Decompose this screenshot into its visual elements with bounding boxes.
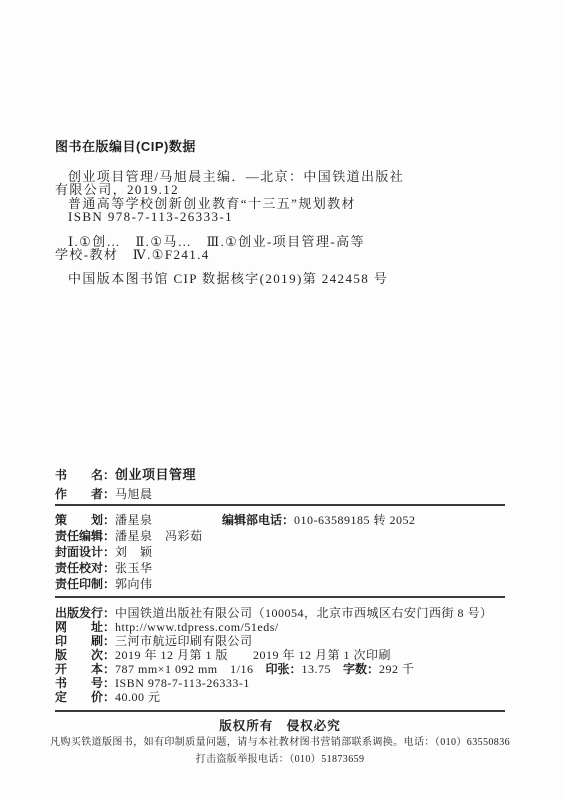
cip-line-5: Ⅰ.①创… Ⅱ.①马… Ⅲ.①创业-项目管理-高等 <box>55 235 505 249</box>
words-value: 292 千 <box>379 662 415 676</box>
cip-line-6: 学校-教材 Ⅳ.①F241.4 <box>55 248 505 262</box>
printer-label: 印 刷： <box>55 634 115 648</box>
book-title-label: 书 名： <box>55 468 115 482</box>
website-label: 网 址： <box>55 620 115 634</box>
cip-line-2: 有限公司，2019.12 <box>55 183 505 197</box>
format-size-value: 787 mm×1 092 mm 1/16 <box>115 662 253 676</box>
cip-heading: 图书在版编目(CIP)数据 <box>55 140 505 154</box>
cip-line-7: 中国版本图书馆 CIP 数据核字(2019)第 242458 号 <box>55 272 505 286</box>
printer-row: 印 刷：三河市航远印刷有限公司 <box>55 634 525 648</box>
book-title-value: 创业项目管理 <box>115 467 196 482</box>
anti-piracy-hotline: 打击盗版举报电话：（010）51873659 <box>55 750 505 765</box>
staff-label: 策 划： <box>55 513 115 527</box>
words-label: 字数： <box>343 662 379 676</box>
isbn-row: 书 号：ISBN 978-7-113-26333-1 <box>55 676 525 690</box>
publisher-value: 中国铁道出版社有限公司（100054，北京市西城区右安门西街 8 号） <box>115 606 493 620</box>
staff-value: 潘星泉 冯彩茹 <box>115 529 203 543</box>
edition-label: 版 次： <box>55 648 115 662</box>
divider-rule <box>55 504 505 506</box>
website-value: http://www.tdpress.com/51eds/ <box>115 620 279 634</box>
staff-row-print-supervisor: 责任印制：郭向伟 <box>55 576 505 592</box>
quality-exchange-notice: 凡购买铁道版图书，如有印制质量问题，请与本社教材图书营销部联系调换。电话：（01… <box>28 733 532 748</box>
divider-rule <box>55 710 505 712</box>
sheets-value: 13.75 <box>301 662 331 676</box>
staff-value: 张玉华 <box>115 561 153 575</box>
book-author-row: 作 者：马旭晨 <box>55 485 196 504</box>
staff-block: 策 划：潘星泉 编辑部电话：010-63589185 转 2052 责任编辑：潘… <box>55 512 505 592</box>
editorial-phone-value: 010-63589185 转 2052 <box>294 513 416 527</box>
publication-block: 出版发行：中国铁道出版社有限公司（100054，北京市西城区右安门西街 8 号）… <box>55 606 525 704</box>
sheets-label: 印张： <box>265 662 301 676</box>
staff-label: 责任编辑： <box>55 529 115 543</box>
staff-label: 封面设计： <box>55 545 115 559</box>
copyright-notice: 版权所有 侵权必究 <box>55 716 505 734</box>
book-author-label: 作 者： <box>55 487 115 501</box>
isbn-label: 书 号： <box>55 676 115 690</box>
staff-row-editor: 责任编辑：潘星泉 冯彩茹 <box>55 528 505 544</box>
price-label: 定 价： <box>55 690 115 704</box>
printer-value: 三河市航远印刷有限公司 <box>115 634 253 648</box>
divider-rule <box>55 596 505 598</box>
staff-value: 郭向伟 <box>115 577 153 591</box>
staff-value: 刘 颖 <box>115 545 153 559</box>
edition-row: 版 次：2019 年 12 月第 1 版 2019 年 12 月第 1 次印刷 <box>55 648 525 662</box>
cip-block: 图书在版编目(CIP)数据 创业项目管理/马旭晨主编．—北京：中国铁道出版社 有… <box>55 140 505 285</box>
staff-row-cover-design: 封面设计：刘 颖 <box>55 544 505 560</box>
cip-line-4: ISBN 978-7-113-26333-1 <box>55 210 505 224</box>
price-value: 40.00 元 <box>115 690 161 704</box>
book-author-value: 马旭晨 <box>115 487 153 501</box>
editorial-phone: 编辑部电话：010-63589185 转 2052 <box>222 512 416 528</box>
cip-line-3: 普通高等学校创新创业教育“十三五”规划教材 <box>55 197 505 211</box>
editorial-phone-label: 编辑部电话： <box>222 513 294 527</box>
staff-row-proofreader: 责任校对：张玉华 <box>55 560 505 576</box>
edition-value: 2019 年 12 月第 1 版 2019 年 12 月第 1 次印刷 <box>115 648 391 662</box>
staff-row-planner: 策 划：潘星泉 编辑部电话：010-63589185 转 2052 <box>55 512 505 528</box>
cip-line-1: 创业项目管理/马旭晨主编．—北京：中国铁道出版社 <box>55 170 505 184</box>
price-row: 定 价：40.00 元 <box>55 690 525 704</box>
book-title-row: 书 名：创业项目管理 <box>55 465 196 485</box>
format-label: 开 本： <box>55 662 115 676</box>
isbn-value: ISBN 978-7-113-26333-1 <box>115 676 250 690</box>
website-row: 网 址：http://www.tdpress.com/51eds/ <box>55 620 525 634</box>
copyright-page: 图书在版编目(CIP)数据 创业项目管理/马旭晨主编．—北京：中国铁道出版社 有… <box>0 0 566 800</box>
format-row: 开 本：787 mm×1 092 mm 1/16印张：13.75字数：292 千 <box>55 662 525 676</box>
staff-label: 责任印制： <box>55 577 115 591</box>
staff-label: 责任校对： <box>55 561 115 575</box>
book-info-block: 书 名：创业项目管理 作 者：马旭晨 <box>55 465 196 504</box>
publisher-row: 出版发行：中国铁道出版社有限公司（100054，北京市西城区右安门西街 8 号） <box>55 606 525 620</box>
publisher-label: 出版发行： <box>55 606 115 620</box>
staff-value: 潘星泉 <box>115 513 153 527</box>
